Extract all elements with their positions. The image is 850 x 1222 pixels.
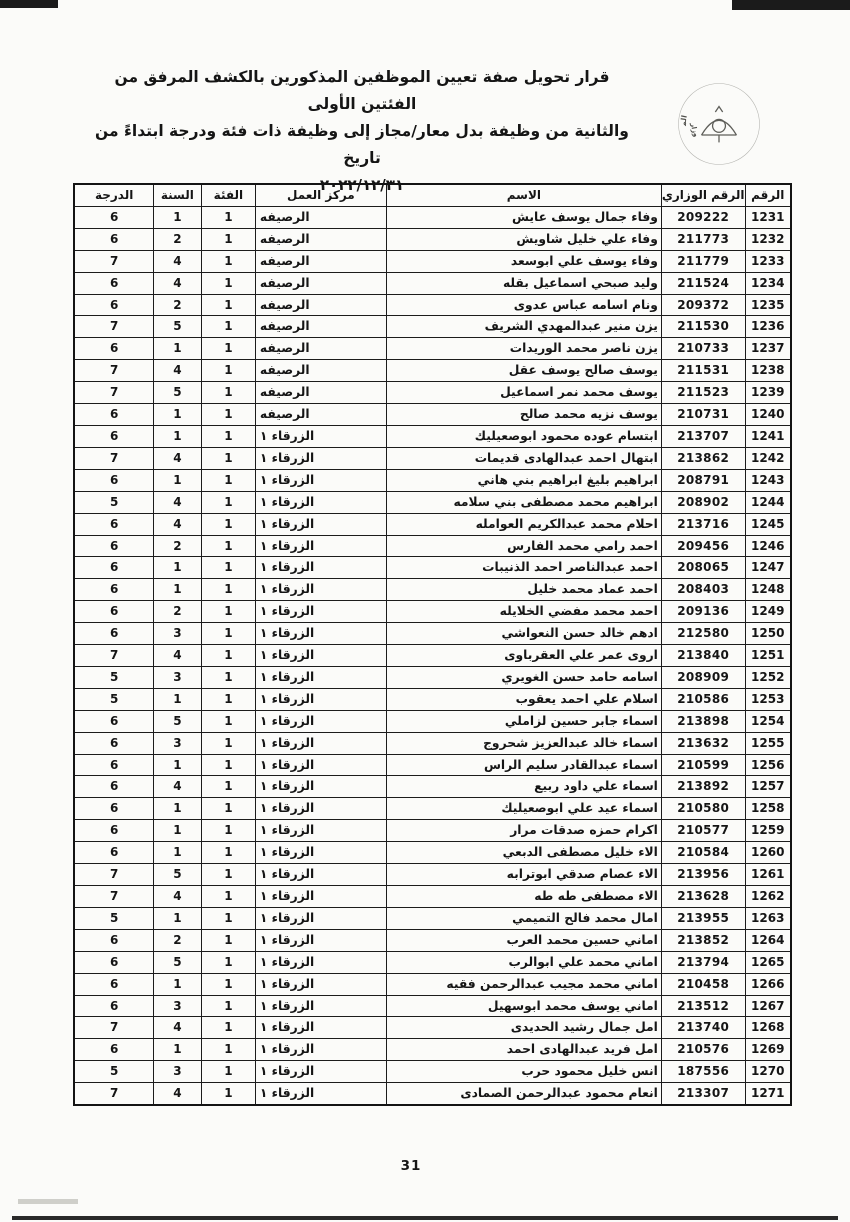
cell-work-center: الزرقاء ١: [255, 425, 386, 447]
svg-text:المملكة الأردنية الهاشمية: المملكة الأردنية الهاشمية: [673, 78, 689, 127]
cell-work-center: الزرقاء ١: [255, 907, 386, 929]
cell-category: 1: [201, 623, 255, 645]
cell-grade: 6: [74, 404, 153, 426]
cell-category: 1: [201, 732, 255, 754]
cell-work-center: الزرقاء ١: [255, 645, 386, 667]
table-row: 1268 213740 امل جمال رشيد الحديدى الزرقا…: [74, 1017, 791, 1039]
cell-year: 4: [153, 272, 201, 294]
cell-name: ابراهيم محمد مصطفى بني سلامه: [386, 491, 661, 513]
cell-ministry-number: 208065: [661, 557, 745, 579]
cell-seq-number: 1247: [745, 557, 791, 579]
cell-category: 1: [201, 272, 255, 294]
cell-ministry-number: 210599: [661, 754, 745, 776]
table-row: 1252 208909 اسامه حامد حسن الغويري الزرق…: [74, 666, 791, 688]
cell-year: 4: [153, 250, 201, 272]
seal-top-arc-text: المملكة الأردنية الهاشمية: [673, 78, 689, 127]
cell-seq-number: 1249: [745, 601, 791, 623]
table-row: 1237 210733 يزن ناصر محمد الوريدات الرصي…: [74, 338, 791, 360]
cell-seq-number: 1251: [745, 645, 791, 667]
cell-category: 1: [201, 1083, 255, 1105]
cell-name: يزن منير عبدالمهدي الشريف: [386, 316, 661, 338]
table-row: 1256 210599 اسماء عبدالقادر سليم الراس ا…: [74, 754, 791, 776]
cell-category: 1: [201, 842, 255, 864]
cell-year: 3: [153, 732, 201, 754]
cell-work-center: الزرقاء ١: [255, 973, 386, 995]
cell-year: 2: [153, 535, 201, 557]
cell-work-center: الزرقاء ١: [255, 623, 386, 645]
cell-ministry-number: 210458: [661, 973, 745, 995]
table-row: 1248 208403 احمد عماد محمد خليل الزرقاء …: [74, 579, 791, 601]
cell-grade: 5: [74, 491, 153, 513]
cell-grade: 7: [74, 1083, 153, 1105]
header-category: الفئة: [201, 184, 255, 206]
cell-seq-number: 1271: [745, 1083, 791, 1105]
cell-seq-number: 1232: [745, 228, 791, 250]
cell-grade: 7: [74, 1017, 153, 1039]
seal-bottom-arc-text: وزارة التربية والتعليم: [673, 78, 700, 138]
cell-year: 2: [153, 601, 201, 623]
header-grade: الدرجة: [74, 184, 153, 206]
cell-work-center: الزرقاء ١: [255, 864, 386, 886]
cell-category: 1: [201, 1061, 255, 1083]
scan-artifact: [18, 1199, 78, 1204]
cell-name: يوسف نزيه محمد صالح: [386, 404, 661, 426]
cell-name: الاء خليل مصطفى الدبعي: [386, 842, 661, 864]
cell-name: اسامه حامد حسن الغويري: [386, 666, 661, 688]
cell-work-center: الزرقاء ١: [255, 710, 386, 732]
cell-work-center: الرصيفه: [255, 250, 386, 272]
cell-work-center: الزرقاء ١: [255, 842, 386, 864]
cell-work-center: الزرقاء ١: [255, 469, 386, 491]
cell-year: 1: [153, 907, 201, 929]
cell-name: اماني محمد مجيب عبدالرحمن فقيه: [386, 973, 661, 995]
cell-category: 1: [201, 688, 255, 710]
cell-grade: 6: [74, 776, 153, 798]
cell-year: 3: [153, 995, 201, 1017]
cell-ministry-number: 210576: [661, 1039, 745, 1061]
cell-ministry-number: 210580: [661, 798, 745, 820]
cell-seq-number: 1264: [745, 929, 791, 951]
cell-work-center: الرصيفه: [255, 338, 386, 360]
cell-category: 1: [201, 710, 255, 732]
table-row: 1241 213707 ابتسام عوده محمود ابوصعيليك …: [74, 425, 791, 447]
cell-grade: 5: [74, 1061, 153, 1083]
ministry-seal-logo: المملكة الأردنية الهاشمية وزارة التربية …: [673, 78, 765, 170]
cell-seq-number: 1231: [745, 206, 791, 228]
table-row: 1262 213628 الاء مصطفى طه طه الزرقاء ١ 1…: [74, 886, 791, 908]
cell-year: 4: [153, 1017, 201, 1039]
table-row: 1232 211773 وفاء علي خليل شاويش الرصيفه …: [74, 228, 791, 250]
cell-category: 1: [201, 338, 255, 360]
seal-building-emblem: [702, 107, 737, 143]
cell-name: الاء مصطفى طه طه: [386, 886, 661, 908]
cell-name: وفاء علي خليل شاويش: [386, 228, 661, 250]
cell-seq-number: 1256: [745, 754, 791, 776]
cell-seq-number: 1238: [745, 360, 791, 382]
cell-seq-number: 1245: [745, 513, 791, 535]
cell-year: 1: [153, 820, 201, 842]
scan-artifact: [12, 1216, 838, 1220]
cell-grade: 5: [74, 907, 153, 929]
table-body: 1231 209222 وفاء جمال يوسف عايش الرصيفه …: [74, 206, 791, 1105]
cell-grade: 6: [74, 557, 153, 579]
table-row: 1246 209456 احمد رامي محمد الفارس الزرقا…: [74, 535, 791, 557]
cell-seq-number: 1268: [745, 1017, 791, 1039]
cell-name: وليد صبحي اسماعيل بقله: [386, 272, 661, 294]
cell-category: 1: [201, 776, 255, 798]
cell-work-center: الزرقاء ١: [255, 688, 386, 710]
cell-name: ونام اسامه عباس عدوى: [386, 294, 661, 316]
cell-seq-number: 1260: [745, 842, 791, 864]
table-row: 1244 208902 ابراهيم محمد مصطفى بني سلامه…: [74, 491, 791, 513]
header-work-center: مركز العمل: [255, 184, 386, 206]
table-row: 1254 213898 اسماء جابر حسين لزاملي الزرق…: [74, 710, 791, 732]
cell-category: 1: [201, 1039, 255, 1061]
cell-seq-number: 1236: [745, 316, 791, 338]
header-ministry-number: الرقم الوزاري: [661, 184, 745, 206]
table-row: 1260 210584 الاء خليل مصطفى الدبعي الزرق…: [74, 842, 791, 864]
table-row: 1242 213862 ابتهال احمد عبدالهادى قديمات…: [74, 447, 791, 469]
cell-work-center: الزرقاء ١: [255, 798, 386, 820]
cell-grade: 7: [74, 316, 153, 338]
cell-grade: 6: [74, 754, 153, 776]
table-row: 1259 210577 اكرام حمزه صدقات مرار الزرقا…: [74, 820, 791, 842]
cell-name: اماني محمد علي ابوالرب: [386, 951, 661, 973]
cell-year: 2: [153, 294, 201, 316]
cell-category: 1: [201, 1017, 255, 1039]
cell-name: يوسف صالح يوسف عقل: [386, 360, 661, 382]
cell-work-center: الزرقاء ١: [255, 1061, 386, 1083]
cell-seq-number: 1267: [745, 995, 791, 1017]
cell-seq-number: 1246: [745, 535, 791, 557]
cell-category: 1: [201, 995, 255, 1017]
cell-category: 1: [201, 491, 255, 513]
cell-grade: 7: [74, 864, 153, 886]
cell-grade: 7: [74, 250, 153, 272]
cell-ministry-number: 210584: [661, 842, 745, 864]
cell-seq-number: 1269: [745, 1039, 791, 1061]
cell-category: 1: [201, 250, 255, 272]
cell-name: وفاء جمال يوسف عايش: [386, 206, 661, 228]
cell-grade: 6: [74, 842, 153, 864]
cell-ministry-number: 210731: [661, 404, 745, 426]
cell-category: 1: [201, 316, 255, 338]
cell-year: 1: [153, 469, 201, 491]
cell-ministry-number: 213892: [661, 776, 745, 798]
cell-year: 3: [153, 666, 201, 688]
table-row: 1250 212580 ادهم خالد حسن النعواشي الزرق…: [74, 623, 791, 645]
cell-work-center: الزرقاء ١: [255, 579, 386, 601]
cell-grade: 6: [74, 798, 153, 820]
cell-year: 5: [153, 316, 201, 338]
cell-category: 1: [201, 535, 255, 557]
cell-category: 1: [201, 513, 255, 535]
cell-ministry-number: 213862: [661, 447, 745, 469]
cell-name: احلام محمد عبدالكريم العوامله: [386, 513, 661, 535]
cell-name: انعام محمود عبدالرحمن الصمادى: [386, 1083, 661, 1105]
document-title: قرار تحويل صفة تعيين الموظفين المذكورين …: [92, 64, 632, 199]
cell-year: 1: [153, 425, 201, 447]
cell-ministry-number: 213707: [661, 425, 745, 447]
cell-category: 1: [201, 951, 255, 973]
cell-category: 1: [201, 645, 255, 667]
cell-name: اسماء عبدالقادر سليم الراس: [386, 754, 661, 776]
cell-name: انس خليل محمود حرب: [386, 1061, 661, 1083]
cell-seq-number: 1235: [745, 294, 791, 316]
cell-name: ابتسام عوده محمود ابوصعيليك: [386, 425, 661, 447]
cell-work-center: الزرقاء ١: [255, 601, 386, 623]
table-row: 1238 211531 يوسف صالح يوسف عقل الرصيفه 1…: [74, 360, 791, 382]
header-name: الاسم: [386, 184, 661, 206]
cell-work-center: الزرقاء ١: [255, 557, 386, 579]
cell-name: ابراهيم بليغ ابراهيم بني هاني: [386, 469, 661, 491]
table-row: 1235 209372 ونام اسامه عباس عدوى الرصيفه…: [74, 294, 791, 316]
cell-work-center: الزرقاء ١: [255, 886, 386, 908]
cell-grade: 5: [74, 688, 153, 710]
cell-year: 1: [153, 688, 201, 710]
cell-year: 4: [153, 886, 201, 908]
cell-year: 3: [153, 1061, 201, 1083]
cell-seq-number: 1233: [745, 250, 791, 272]
cell-work-center: الزرقاء ١: [255, 995, 386, 1017]
cell-category: 1: [201, 294, 255, 316]
cell-year: 4: [153, 447, 201, 469]
cell-grade: 6: [74, 513, 153, 535]
cell-category: 1: [201, 820, 255, 842]
cell-name: اروى عمر علي العقرباوى: [386, 645, 661, 667]
cell-name: احمد عماد محمد خليل: [386, 579, 661, 601]
table-row: 1270 187556 انس خليل محمود حرب الزرقاء ١…: [74, 1061, 791, 1083]
cell-ministry-number: 213307: [661, 1083, 745, 1105]
cell-grade: 7: [74, 382, 153, 404]
cell-ministry-number: 209136: [661, 601, 745, 623]
cell-category: 1: [201, 601, 255, 623]
table-row: 1263 213955 امال محمد فالح التميمي الزرق…: [74, 907, 791, 929]
cell-grade: 6: [74, 995, 153, 1017]
cell-ministry-number: 213632: [661, 732, 745, 754]
cell-year: 1: [153, 754, 201, 776]
cell-category: 1: [201, 973, 255, 995]
cell-name: ابتهال احمد عبدالهادى قديمات: [386, 447, 661, 469]
table-row: 1236 211530 يزن منير عبدالمهدي الشريف ال…: [74, 316, 791, 338]
cell-grade: 5: [74, 666, 153, 688]
cell-name: اسماء خالد عبدالعزيز شحروج: [386, 732, 661, 754]
cell-name: يزن ناصر محمد الوريدات: [386, 338, 661, 360]
cell-grade: 7: [74, 447, 153, 469]
cell-work-center: الرصيفه: [255, 294, 386, 316]
cell-ministry-number: 213628: [661, 886, 745, 908]
cell-category: 1: [201, 469, 255, 491]
cell-ministry-number: 213716: [661, 513, 745, 535]
cell-name: اسماء عيد علي ابوصعيليك: [386, 798, 661, 820]
cell-name: اسلام علي احمد يعقوب: [386, 688, 661, 710]
table-row: 1251 213840 اروى عمر علي العقرباوى الزرق…: [74, 645, 791, 667]
cell-grade: 7: [74, 886, 153, 908]
cell-name: وفاء يوسف علي ابوسعد: [386, 250, 661, 272]
cell-grade: 6: [74, 469, 153, 491]
scan-artifact: [732, 0, 850, 10]
cell-ministry-number: 187556: [661, 1061, 745, 1083]
cell-name: احمد رامي محمد الفارس: [386, 535, 661, 557]
cell-seq-number: 1270: [745, 1061, 791, 1083]
cell-category: 1: [201, 907, 255, 929]
cell-category: 1: [201, 382, 255, 404]
cell-seq-number: 1253: [745, 688, 791, 710]
cell-seq-number: 1242: [745, 447, 791, 469]
cell-year: 1: [153, 557, 201, 579]
cell-work-center: الزرقاء ١: [255, 1017, 386, 1039]
cell-work-center: الزرقاء ١: [255, 513, 386, 535]
table-row: 1261 213956 الاء عصام صدقي ابوترابه الزر…: [74, 864, 791, 886]
cell-year: 4: [153, 491, 201, 513]
scan-artifact: [0, 0, 58, 8]
cell-category: 1: [201, 666, 255, 688]
table-row: 1243 208791 ابراهيم بليغ ابراهيم بني هان…: [74, 469, 791, 491]
table-row: 1239 211523 يوسف محمد نمر اسماعيل الرصيف…: [74, 382, 791, 404]
table-row: 1234 211524 وليد صبحي اسماعيل بقله الرصي…: [74, 272, 791, 294]
cell-grade: 6: [74, 710, 153, 732]
cell-ministry-number: 209456: [661, 535, 745, 557]
cell-year: 1: [153, 579, 201, 601]
cell-work-center: الزرقاء ١: [255, 1039, 386, 1061]
cell-ministry-number: 208902: [661, 491, 745, 513]
cell-grade: 7: [74, 645, 153, 667]
header-year: السنة: [153, 184, 201, 206]
cell-ministry-number: 211524: [661, 272, 745, 294]
cell-year: 2: [153, 228, 201, 250]
scanned-document-page: { "colors": { "ink": "#151515", "paper":…: [0, 0, 850, 1222]
cell-work-center: الرصيفه: [255, 316, 386, 338]
table-row: 1253 210586 اسلام علي احمد يعقوب الزرقاء…: [74, 688, 791, 710]
cell-seq-number: 1250: [745, 623, 791, 645]
table-row: 1257 213892 اسماء علي داود ربيع الزرقاء …: [74, 776, 791, 798]
cell-grade: 6: [74, 338, 153, 360]
employee-roster-table: الرقم الرقم الوزاري الاسم مركز العمل الف…: [73, 183, 792, 1106]
cell-seq-number: 1266: [745, 973, 791, 995]
cell-seq-number: 1234: [745, 272, 791, 294]
cell-work-center: الرصيفه: [255, 228, 386, 250]
cell-category: 1: [201, 447, 255, 469]
cell-category: 1: [201, 864, 255, 886]
cell-ministry-number: 210733: [661, 338, 745, 360]
cell-ministry-number: 208909: [661, 666, 745, 688]
cell-ministry-number: 211773: [661, 228, 745, 250]
cell-grade: 6: [74, 929, 153, 951]
cell-year: 4: [153, 513, 201, 535]
cell-category: 1: [201, 206, 255, 228]
cell-ministry-number: 211531: [661, 360, 745, 382]
cell-grade: 6: [74, 272, 153, 294]
cell-seq-number: 1244: [745, 491, 791, 513]
cell-work-center: الزرقاء ١: [255, 754, 386, 776]
cell-grade: 6: [74, 820, 153, 842]
cell-ministry-number: 211530: [661, 316, 745, 338]
cell-work-center: الرصيفه: [255, 382, 386, 404]
cell-name: احمد محمد مفضي الخلايله: [386, 601, 661, 623]
cell-ministry-number: 209222: [661, 206, 745, 228]
cell-work-center: الزرقاء ١: [255, 776, 386, 798]
cell-seq-number: 1254: [745, 710, 791, 732]
table-row: 1258 210580 اسماء عيد علي ابوصعيليك الزر…: [74, 798, 791, 820]
cell-grade: 6: [74, 951, 153, 973]
cell-work-center: الرصيفه: [255, 360, 386, 382]
cell-category: 1: [201, 404, 255, 426]
title-line-2: والثانية من وظيفة بدل معار/مجاز إلى وظيف…: [92, 118, 632, 172]
table-row: 1245 213716 احلام محمد عبدالكريم العوامل…: [74, 513, 791, 535]
cell-category: 1: [201, 798, 255, 820]
page-number: 31: [0, 1158, 822, 1174]
cell-ministry-number: 213512: [661, 995, 745, 1017]
cell-seq-number: 1255: [745, 732, 791, 754]
cell-year: 1: [153, 842, 201, 864]
table-row: 1233 211779 وفاء يوسف علي ابوسعد الرصيفه…: [74, 250, 791, 272]
cell-grade: 6: [74, 535, 153, 557]
cell-year: 5: [153, 951, 201, 973]
cell-grade: 6: [74, 294, 153, 316]
cell-seq-number: 1239: [745, 382, 791, 404]
cell-name: اسماء علي داود ربيع: [386, 776, 661, 798]
cell-year: 1: [153, 1039, 201, 1061]
svg-text:وزارة التربية والتعليم: وزارة التربية والتعليم: [673, 78, 700, 138]
cell-work-center: الزرقاء ١: [255, 929, 386, 951]
cell-name: امل جمال رشيد الحديدى: [386, 1017, 661, 1039]
cell-category: 1: [201, 360, 255, 382]
table-row: 1255 213632 اسماء خالد عبدالعزيز شحروج ا…: [74, 732, 791, 754]
cell-seq-number: 1263: [745, 907, 791, 929]
cell-year: 1: [153, 338, 201, 360]
cell-work-center: الرصيفه: [255, 404, 386, 426]
cell-ministry-number: 213852: [661, 929, 745, 951]
cell-category: 1: [201, 929, 255, 951]
cell-ministry-number: 212580: [661, 623, 745, 645]
cell-grade: 6: [74, 1039, 153, 1061]
cell-work-center: الزرقاء ١: [255, 820, 386, 842]
cell-year: 3: [153, 623, 201, 645]
cell-seq-number: 1241: [745, 425, 791, 447]
table-row: 1249 209136 احمد محمد مفضي الخلايله الزر…: [74, 601, 791, 623]
cell-year: 4: [153, 776, 201, 798]
cell-seq-number: 1262: [745, 886, 791, 908]
cell-grade: 6: [74, 623, 153, 645]
cell-ministry-number: 208791: [661, 469, 745, 491]
cell-name: امال محمد فالح التميمي: [386, 907, 661, 929]
table-row: 1247 208065 احمد عبدالناصر احمد الذنيبات…: [74, 557, 791, 579]
table-row: 1271 213307 انعام محمود عبدالرحمن الصماد…: [74, 1083, 791, 1105]
cell-year: 4: [153, 645, 201, 667]
cell-year: 2: [153, 929, 201, 951]
cell-year: 5: [153, 710, 201, 732]
cell-year: 1: [153, 973, 201, 995]
cell-ministry-number: 213956: [661, 864, 745, 886]
cell-year: 4: [153, 1083, 201, 1105]
header-seq-number: الرقم: [745, 184, 791, 206]
title-line-1: قرار تحويل صفة تعيين الموظفين المذكورين …: [92, 64, 632, 118]
cell-work-center: الزرقاء ١: [255, 447, 386, 469]
cell-name: اسماء جابر حسين لزاملي: [386, 710, 661, 732]
cell-ministry-number: 209372: [661, 294, 745, 316]
cell-work-center: الرصيفه: [255, 272, 386, 294]
cell-ministry-number: 210586: [661, 688, 745, 710]
table-row: 1269 210576 امل فريد عبدالهادى احمد الزر…: [74, 1039, 791, 1061]
cell-ministry-number: 213955: [661, 907, 745, 929]
table-row: 1264 213852 اماني حسين محمد العرب الزرقا…: [74, 929, 791, 951]
cell-seq-number: 1252: [745, 666, 791, 688]
table-row: 1267 213512 اماني يوسف محمد ابوسهيل الزر…: [74, 995, 791, 1017]
cell-ministry-number: 213740: [661, 1017, 745, 1039]
cell-seq-number: 1261: [745, 864, 791, 886]
cell-grade: 6: [74, 425, 153, 447]
cell-ministry-number: 211523: [661, 382, 745, 404]
